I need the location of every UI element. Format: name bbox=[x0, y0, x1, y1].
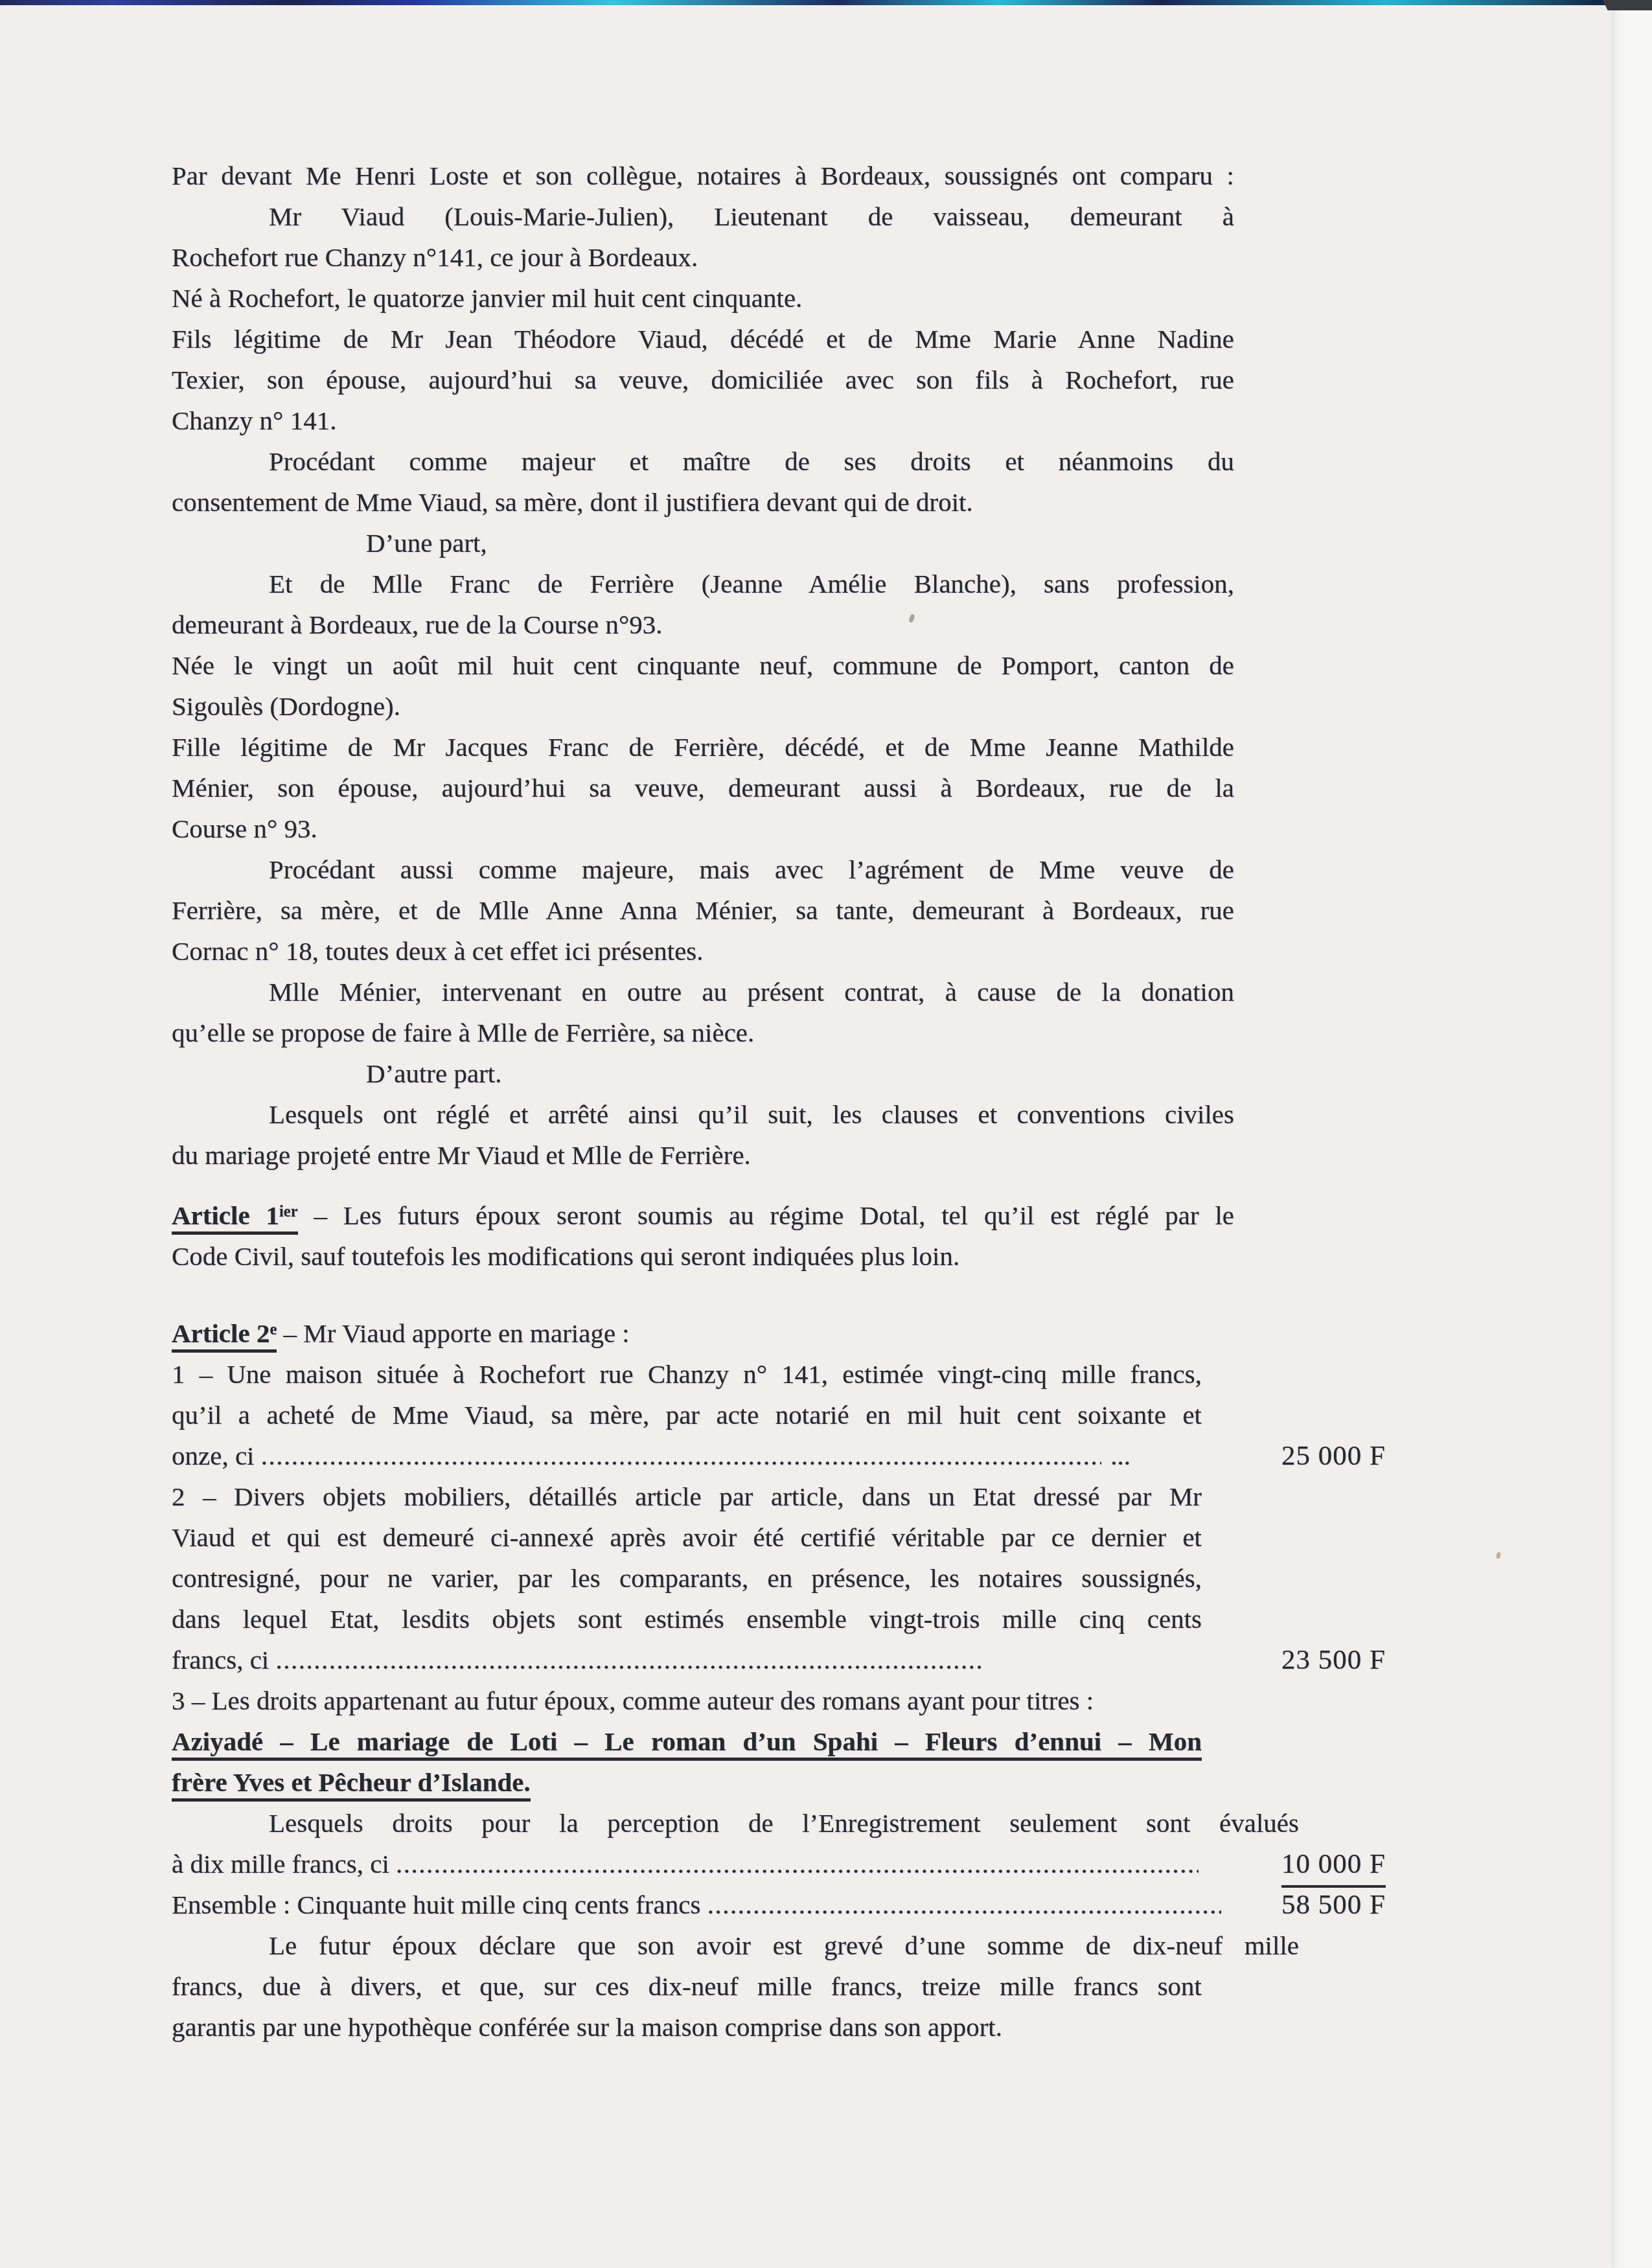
text-line: Code Civil, sauf toutefois les modificat… bbox=[172, 1236, 1234, 1277]
text-segment: Par devant Me Henri Loste et son collègu… bbox=[172, 161, 1234, 190]
text-segment: Sigoulès (Dordogne). bbox=[172, 691, 400, 721]
text-line: garantis par une hypothèque conférée sur… bbox=[172, 2007, 1202, 2048]
text-line: Fille légitime de Mr Jacques Franc de Fe… bbox=[172, 727, 1234, 768]
text-segment: francs, due à divers, et que, sur ces di… bbox=[172, 1971, 1202, 2001]
text-segment: Texier, son épouse, aujourd’hui sa veuve… bbox=[172, 365, 1234, 395]
text-line: 1 – Une maison située à Rochefort rue Ch… bbox=[172, 1354, 1202, 1395]
text-segment: dans lequel Etat, lesdits objets sont es… bbox=[172, 1604, 1202, 1634]
text-line: Course n° 93. bbox=[172, 808, 1234, 849]
text-segment: Article 1 bbox=[172, 1200, 279, 1230]
text-segment: Mlle Ménier, intervenant en outre au pré… bbox=[269, 977, 1234, 1007]
text-segment: contresigné, pour ne varier, par les com… bbox=[172, 1563, 1202, 1593]
text-segment: e bbox=[270, 1321, 277, 1338]
text-segment: Procédant comme majeur et maître de ses … bbox=[269, 446, 1234, 476]
amount-value: 23 500 F bbox=[1281, 1640, 1386, 1680]
text-segment: Code Civil, sauf toutefois les modificat… bbox=[172, 1241, 959, 1271]
text-line: D’une part, bbox=[172, 523, 1234, 564]
text-segment: – Mr Viaud apporte en mariage : bbox=[277, 1318, 629, 1348]
text-line: Chanzy n° 141. bbox=[172, 400, 1234, 441]
text-line: 2 – Divers objets mobiliers, détaillés a… bbox=[172, 1476, 1202, 1517]
text-line: qu’elle se propose de faire à Mlle de Fe… bbox=[172, 1013, 1234, 1053]
text-segment: onze, ci bbox=[172, 1436, 261, 1476]
text-segment: 2 – Divers objets mobiliers, détaillés a… bbox=[172, 1482, 1202, 1511]
text-line: Rochefort rue Chanzy n°141, ce jour à Bo… bbox=[172, 237, 1234, 278]
text-segment: Ensemble : Cinquante huit mille cinq cen… bbox=[172, 1884, 707, 1925]
amount-value: 25 000 F bbox=[1281, 1436, 1386, 1476]
text-line: à dix mille francs, ci .................… bbox=[172, 1844, 1199, 1884]
text-segment: Ménier, son épouse, aujourd’hui sa veuve… bbox=[172, 773, 1234, 803]
text-line: Aziyadé – Le mariage de Loti – Le roman … bbox=[172, 1721, 1202, 1762]
text-segment: Fils légitime de Mr Jean Théodore Viaud,… bbox=[172, 324, 1234, 354]
text-segment: consentement de Mme Viaud, sa mère, dont… bbox=[172, 487, 973, 517]
text-segment: Rochefort rue Chanzy n°141, ce jour à Bo… bbox=[172, 242, 698, 272]
underlined-heading: Aziyadé – Le mariage de Loti – Le roman … bbox=[172, 1726, 1202, 1761]
text-line: Ensemble : Cinquante huit mille cinq cen… bbox=[172, 1884, 1221, 1925]
amount-value: 58 500 F bbox=[1281, 1884, 1386, 1925]
scan-edge-line bbox=[0, 0, 1612, 5]
text-line: francs, due à divers, et que, sur ces di… bbox=[172, 1966, 1202, 2007]
text-segment: Mr Viaud (Louis-Marie-Julien), Lieutenan… bbox=[269, 201, 1234, 231]
text-line: Ferrière, sa mère, et de Mlle Anne Anna … bbox=[172, 890, 1234, 931]
text-segment: Aziyadé – Le mariage de Loti – Le roman … bbox=[172, 1726, 1202, 1756]
text-line: Viaud et qui est demeuré ci-annexé après… bbox=[172, 1517, 1202, 1558]
text-segment: frère Yves et Pêcheur d’Islande. bbox=[172, 1767, 531, 1797]
text-segment: Chanzy n° 141. bbox=[172, 406, 336, 435]
text-line: Fils légitime de Mr Jean Théodore Viaud,… bbox=[172, 319, 1234, 360]
text-segment: D’autre part. bbox=[366, 1059, 501, 1088]
text-line: Article 2e – Mr Viaud apporte en mariage… bbox=[172, 1313, 1234, 1354]
text-segment: Lesquels droits pour la perception de l’… bbox=[269, 1808, 1299, 1838]
text-line: 3 – Les droits appartenant au futur épou… bbox=[172, 1680, 1234, 1721]
text-segment: Cornac n° 18, toutes deux à cet effet ic… bbox=[172, 936, 704, 966]
leader-tail: ... bbox=[1110, 1436, 1130, 1476]
text-line: Ménier, son épouse, aujourd’hui sa veuve… bbox=[172, 768, 1234, 808]
text-segment: – Les futurs époux seront soumis au régi… bbox=[298, 1200, 1234, 1230]
text-segment: demeurant à Bordeaux, rue de la Course n… bbox=[172, 610, 663, 639]
text-line: Née le vingt un août mil huit cent cinqu… bbox=[172, 645, 1234, 686]
text-segment: Née le vingt un août mil huit cent cinqu… bbox=[172, 650, 1234, 680]
text-segment: Lesquels ont réglé et arrêté ainsi qu’il… bbox=[269, 1099, 1234, 1129]
underlined-heading: Article 1ier bbox=[172, 1200, 298, 1235]
text-line: Lesquels droits pour la perception de l’… bbox=[172, 1803, 1299, 1844]
text-segment: Fille légitime de Mr Jacques Franc de Fe… bbox=[172, 732, 1234, 762]
text-line: onze, ci ...............................… bbox=[172, 1436, 1130, 1476]
text-line: Lesquels ont réglé et arrêté ainsi qu’il… bbox=[172, 1094, 1234, 1135]
text-line: francs, ci .............................… bbox=[172, 1640, 985, 1680]
scan-speck bbox=[1496, 1552, 1501, 1559]
text-line: Mr Viaud (Louis-Marie-Julien), Lieutenan… bbox=[172, 196, 1234, 237]
text-line: demeurant à Bordeaux, rue de la Course n… bbox=[172, 604, 1234, 645]
text-segment: Le futur époux déclare que son avoir est… bbox=[269, 1930, 1299, 1960]
text-line: Cornac n° 18, toutes deux à cet effet ic… bbox=[172, 931, 1234, 972]
text-segment: Viaud et qui est demeuré ci-annexé après… bbox=[172, 1522, 1202, 1552]
text-line: Et de Mlle Franc de Ferrière (Jeanne Amé… bbox=[172, 564, 1234, 604]
text-line: Sigoulès (Dordogne). bbox=[172, 686, 1234, 727]
text-segment: Procédant aussi comme majeure, mais avec… bbox=[269, 854, 1234, 884]
scan-right-strip bbox=[1612, 0, 1652, 2268]
text-line: Mlle Ménier, intervenant en outre au pré… bbox=[172, 972, 1234, 1013]
text-segment: D’une part, bbox=[366, 528, 487, 558]
text-segment: ier bbox=[279, 1203, 298, 1220]
text-line: Procédant aussi comme majeure, mais avec… bbox=[172, 849, 1234, 890]
text-segment: francs, ci bbox=[172, 1640, 276, 1680]
text-line: dans lequel Etat, lesdits objets sont es… bbox=[172, 1599, 1202, 1640]
text-line: Le futur époux déclare que son avoir est… bbox=[172, 1925, 1299, 1966]
text-segment: Né à Rochefort, le quatorze janvier mil … bbox=[172, 283, 802, 313]
underlined-heading: Article 2e bbox=[172, 1318, 277, 1353]
text-segment: Course n° 93. bbox=[172, 814, 317, 843]
dot-leader: ........................................… bbox=[276, 1640, 985, 1680]
amount-value: 10 000 F bbox=[1281, 1844, 1386, 1888]
text-line: Procédant comme majeur et maître de ses … bbox=[172, 441, 1234, 482]
text-segment: qu’il a acheté de Mme Viaud, sa mère, pa… bbox=[172, 1400, 1202, 1430]
text-line: consentement de Mme Viaud, sa mère, dont… bbox=[172, 482, 1234, 523]
text-line: Article 1ier – Les futurs époux seront s… bbox=[172, 1195, 1234, 1236]
text-line: D’autre part. bbox=[172, 1053, 1234, 1094]
text-line: Par devant Me Henri Loste et son collègu… bbox=[172, 155, 1234, 196]
document-body: Par devant Me Henri Loste et son collègu… bbox=[172, 155, 1234, 2048]
scan-corner-artifact bbox=[1603, 0, 1652, 10]
text-segment: Article 2 bbox=[172, 1318, 270, 1348]
underlined-heading: frère Yves et Pêcheur d’Islande. bbox=[172, 1767, 531, 1802]
text-segment: du mariage projeté entre Mr Viaud et Mll… bbox=[172, 1140, 751, 1170]
dot-leader: ........................................… bbox=[707, 1884, 1221, 1925]
text-line: contresigné, pour ne varier, par les com… bbox=[172, 1558, 1202, 1599]
text-line: Né à Rochefort, le quatorze janvier mil … bbox=[172, 278, 1234, 319]
text-segment: 1 – Une maison située à Rochefort rue Ch… bbox=[172, 1359, 1202, 1389]
text-segment: garantis par une hypothèque conférée sur… bbox=[172, 2012, 1002, 2042]
scanned-page: Par devant Me Henri Loste et son collègu… bbox=[0, 0, 1652, 2268]
dot-leader: ........................................… bbox=[261, 1436, 1102, 1476]
text-line: frère Yves et Pêcheur d’Islande. bbox=[172, 1762, 1234, 1803]
text-segment: à dix mille francs, ci bbox=[172, 1844, 396, 1884]
text-line: qu’il a acheté de Mme Viaud, sa mère, pa… bbox=[172, 1395, 1202, 1436]
text-line: du mariage projeté entre Mr Viaud et Mll… bbox=[172, 1135, 1234, 1176]
text-line: Texier, son épouse, aujourd’hui sa veuve… bbox=[172, 360, 1234, 400]
text-segment: qu’elle se propose de faire à Mlle de Fe… bbox=[172, 1018, 754, 1048]
text-segment: Et de Mlle Franc de Ferrière (Jeanne Amé… bbox=[269, 569, 1234, 599]
dot-leader: ........................................… bbox=[396, 1844, 1199, 1884]
text-segment: 3 – Les droits appartenant au futur épou… bbox=[172, 1686, 1094, 1715]
text-segment: Ferrière, sa mère, et de Mlle Anne Anna … bbox=[172, 895, 1234, 925]
